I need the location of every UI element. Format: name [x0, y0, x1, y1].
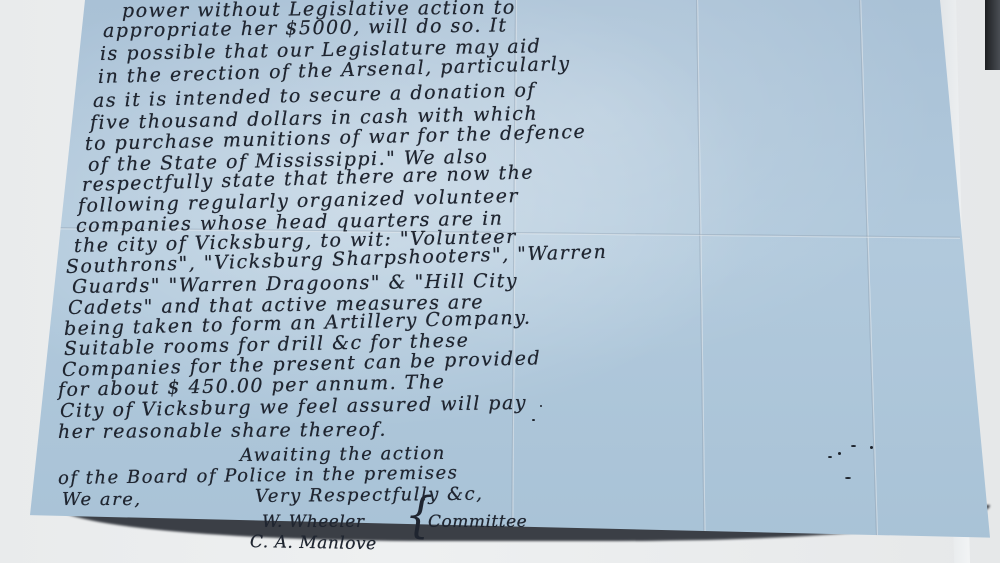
closing-line: We are, — [62, 489, 142, 510]
signature-role: Committee — [428, 512, 527, 532]
signature-wheeler: W. Wheeler — [262, 512, 364, 532]
letter-photo: power without Legislative action to appr… — [0, 0, 1000, 563]
body-line: her reasonable share thereof. — [58, 419, 387, 443]
closing-line: Very Respectfully &c, — [255, 484, 484, 507]
signature-manlove: C. A. Manlove — [250, 532, 377, 554]
